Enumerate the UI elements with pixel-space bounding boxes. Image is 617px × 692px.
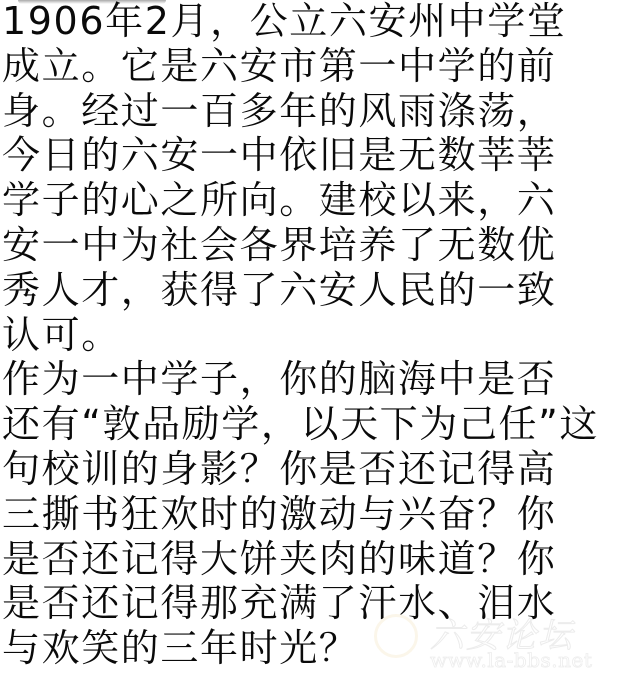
text-line-12: 三撕书狂欢时的激动与兴奋？你: [2, 492, 617, 537]
text-line-15: 与欢笑的三年时光？: [2, 626, 617, 671]
text-line-6: 安一中为社会各界培养了无数优: [2, 223, 617, 268]
text-line-5: 学子的心之所向。建校以来，六: [2, 178, 617, 223]
text-line-7: 秀人才，获得了六安人民的一致: [2, 268, 617, 313]
text-line-10: 还有“敦品励学，以天下为己任”这: [2, 402, 617, 447]
text-line-3: 身。经过一百多年的风雨涤荡，: [2, 89, 617, 134]
text-line-9: 作为一中学子，你的脑海中是否: [2, 357, 617, 402]
text-line-14: 是否还记得那充满了汗水、泪水: [2, 581, 617, 626]
text-line-4: 今日的六安一中依旧是无数莘莘: [2, 133, 617, 178]
text-line-13: 是否还记得大饼夹肉的味道？你: [2, 537, 617, 582]
text-line-11: 句校训的身影？你是否还记得高: [2, 447, 617, 492]
text-line-1: 1906年2月，公立六安州中学堂: [2, 0, 617, 44]
article-text: 1906年2月，公立六安州中学堂 成立。它是六安市第一中学的前 身。经过一百多年…: [2, 0, 617, 671]
text-line-2: 成立。它是六安市第一中学的前: [2, 44, 617, 89]
text-line-8: 认可。: [2, 313, 617, 358]
